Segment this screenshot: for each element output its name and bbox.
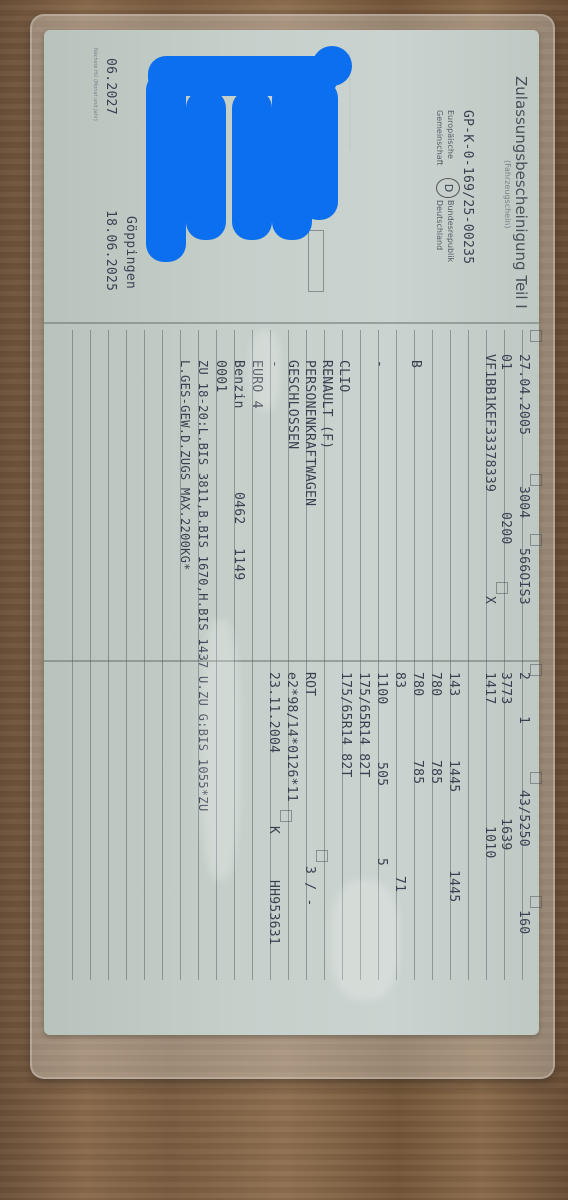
seats: 5 — [374, 858, 389, 866]
driven-axles: 1 — [516, 716, 531, 724]
model-name: CLIO — [336, 360, 351, 393]
grid-line — [72, 330, 73, 980]
field-dash-1: - — [372, 360, 387, 368]
tire-front: 175/65R14 82T — [356, 672, 371, 778]
redaction-mark — [186, 90, 226, 240]
next-inspection-date: 06.2027 — [103, 58, 118, 115]
issue-date: 18.06.2025 — [103, 210, 118, 291]
redaction-mark — [232, 90, 272, 240]
type-key: 566OIS3 — [516, 548, 531, 605]
grid-line — [144, 330, 145, 980]
grid-line — [468, 330, 469, 980]
grid-line — [126, 330, 127, 980]
braked-trailer-load: 1100 — [374, 672, 389, 705]
vehicle-type: PERSONENKRAFTWAGEN — [302, 360, 317, 506]
grid-line — [108, 330, 109, 980]
fold-line-top — [44, 322, 539, 324]
displacement: 1149 — [231, 548, 246, 581]
axle-count: 2 — [516, 672, 531, 680]
approval-date: 23.11.2004 — [266, 672, 281, 753]
field-number-box — [496, 582, 508, 594]
redaction-mark — [146, 72, 186, 262]
manufacturer-key: 3004 — [516, 486, 531, 519]
eu-label-1: Europäische — [446, 110, 455, 159]
empty-mass: 1010 — [482, 826, 497, 859]
redaction-mark — [300, 80, 338, 220]
field-number-box — [530, 772, 542, 784]
country-code-badge: D — [436, 178, 460, 198]
inspection-label: Nächste HU (Monat und Jahr) — [92, 48, 98, 121]
field-number-box — [316, 850, 328, 862]
emission-key: 0462 — [231, 492, 246, 525]
vin-check-digit: X — [482, 596, 497, 604]
country-label-1: Bundesrepublik — [446, 200, 455, 262]
tech-mass: 143 — [446, 672, 461, 696]
document-number: GP-K-0-169/25-00235 — [460, 110, 475, 264]
power-rpm: 43/5250 — [516, 790, 531, 847]
grid-line — [342, 330, 343, 980]
noise-level: 71 — [392, 876, 407, 892]
fold-line-middle — [44, 660, 539, 662]
authority-city: Göppingen — [123, 216, 138, 289]
redaction-mark — [312, 46, 352, 86]
engine-speed: 83 — [392, 672, 407, 688]
country-label-2: Deutschland — [435, 200, 444, 250]
axle-load-1a: 780 — [428, 672, 443, 696]
grid-line — [162, 330, 163, 980]
axle-load-2a: 780 — [410, 672, 425, 696]
field-number-box — [530, 896, 542, 908]
grid-line — [414, 330, 415, 980]
length: 3773 — [498, 672, 513, 705]
grid-line — [90, 330, 91, 980]
vin: VF1BB1KEF33378339 — [482, 354, 497, 492]
color: ROT — [302, 672, 317, 696]
height: 1417 — [482, 672, 497, 705]
code-0200: 0200 — [498, 512, 513, 545]
max-mass-1: 1445 — [446, 760, 461, 793]
first-registration-date: 27.04.2005 — [516, 354, 531, 435]
make: RENAULT (F) — [319, 360, 334, 449]
glare-reflection — [200, 620, 240, 880]
max-speed: 160 — [516, 910, 531, 934]
certificate-number: HH953631 — [266, 880, 281, 945]
fuel-code: 0001 — [213, 360, 228, 393]
grid-line — [252, 330, 253, 980]
k-label: K — [266, 826, 281, 834]
grid-line — [432, 330, 433, 980]
width: 1639 — [498, 818, 513, 851]
remark-line-2: L.GES-GEW.D.ZUGS MAX.2200KG* — [178, 360, 192, 571]
code-2-1: 01 — [498, 354, 513, 370]
glare-reflection — [250, 330, 280, 410]
type-approval-number: e2*98/14*0126*11 — [284, 672, 299, 802]
glare-reflection — [330, 880, 400, 1000]
fuel-type: Benzin — [231, 360, 246, 409]
field-number-box — [530, 534, 542, 546]
body-type: GESCHLOSSEN — [285, 360, 300, 449]
field-number-box — [280, 810, 292, 822]
field-number-box — [530, 474, 542, 486]
seating-standing: 3 / - — [302, 866, 317, 907]
unbraked-trailer-load: 505 — [374, 762, 389, 786]
document-title: Zulassungsbescheinigung Teil I — [512, 76, 530, 309]
axle-load-2b: 785 — [410, 760, 425, 784]
tire-rear: 175/65R14 82T — [338, 672, 353, 778]
max-mass-2: 1445 — [446, 870, 461, 903]
grid-line — [504, 330, 505, 980]
field-number-box — [530, 664, 542, 676]
eu-label-2: Gemeinschaft — [435, 110, 444, 165]
vehicle-class: B — [408, 360, 423, 368]
document-subtitle: (Fahrzeugschein) — [503, 160, 512, 229]
axle-load-1b: 785 — [428, 760, 443, 784]
stamp-box — [308, 230, 324, 292]
field-number-box — [530, 330, 542, 342]
